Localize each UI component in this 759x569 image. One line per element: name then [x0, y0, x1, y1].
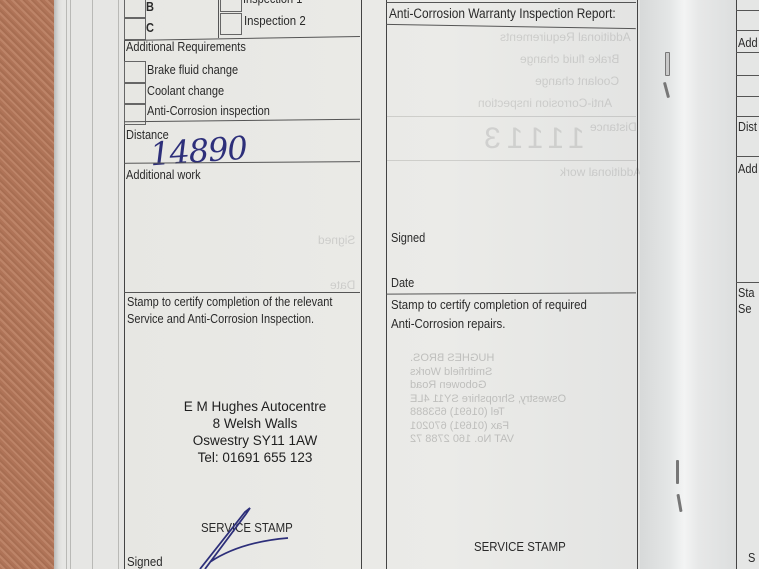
- bleed-line-3: Coolant change: [535, 74, 619, 88]
- checkbox-b[interactable]: [124, 0, 146, 18]
- coolant-label: Coolant change: [147, 84, 224, 98]
- garage-street: 8 Welsh Walls: [150, 415, 360, 432]
- checkbox-inspection-2[interactable]: [220, 13, 242, 35]
- additional-work-label: Additional work: [126, 168, 201, 182]
- bleed-through-stamp: HUGHES BROS. Smithfield Works Gobowen Ro…: [410, 352, 632, 447]
- inspection-1-label: Inspection 1: [243, 0, 302, 6]
- right-signed-label: Signed: [391, 231, 425, 245]
- garage-phone: Tel: 01691 655 123: [150, 449, 360, 466]
- bleed-line-5: Distance: [590, 120, 637, 134]
- staple-icon: [665, 52, 670, 76]
- book-gutter: [640, 0, 738, 569]
- adjacent-fragment-add-work: Add: [738, 162, 758, 176]
- anti-corrosion-label: Anti-Corrosion inspection: [147, 104, 270, 118]
- inspection-2-label: Inspection 2: [244, 13, 306, 28]
- garage-town: Oswestry SY11 1AW: [150, 432, 360, 449]
- brake-fluid-label: Brake fluid change: [147, 63, 238, 77]
- bleed-line-1: Additional Requirements: [500, 30, 631, 44]
- row-c-label: C: [146, 21, 154, 35]
- bleed-line-6: Additional work: [560, 165, 641, 179]
- additional-requirements-title: Additional Requirements: [126, 40, 246, 54]
- bleed-line-2: Brake fluid change: [520, 52, 619, 66]
- bleed-signed: Signed: [318, 233, 355, 247]
- checkbox-coolant[interactable]: [124, 83, 146, 105]
- right-stamp-caption-1: Stamp to certify completion of required: [391, 297, 587, 312]
- garage-name: E M Hughes Autocentre: [150, 398, 360, 415]
- right-service-stamp-label: SERVICE STAMP: [474, 539, 566, 554]
- left-stamp-caption-1: Stamp to certify completion of the relev…: [127, 295, 332, 309]
- left-stamp-caption-2: Service and Anti-Corrosion Inspection.: [127, 312, 314, 326]
- adjacent-fragment-se: Se: [738, 302, 751, 316]
- page-stack-edges: [54, 0, 126, 569]
- adjacent-fragment-s: S: [748, 551, 755, 565]
- checkbox-brake-fluid[interactable]: [124, 61, 146, 83]
- bleed-line-4: Anti-Corrosion inspection: [478, 96, 612, 110]
- checkbox-c[interactable]: [124, 18, 146, 40]
- desk-surface: [0, 0, 56, 569]
- checkbox-inspection-1[interactable]: [220, 0, 242, 12]
- staple-icon: [676, 460, 679, 484]
- signature: [150, 500, 290, 569]
- right-stamp-caption-2: Anti-Corrosion repairs.: [391, 316, 505, 331]
- adjacent-page: Add Dist Add Sta Se S: [736, 0, 759, 569]
- right-date-label: Date: [391, 276, 414, 290]
- anti-corrosion-report-title: Anti-Corrosion Warranty Inspection Repor…: [389, 6, 616, 21]
- bleed-date: Date: [330, 278, 355, 292]
- adjacent-fragment-add: Add: [738, 36, 758, 50]
- garage-stamp: E M Hughes Autocentre 8 Welsh Walls Oswe…: [150, 398, 360, 466]
- adjacent-fragment-sta: Sta: [738, 286, 755, 300]
- bleed-handwritten: 11113: [478, 122, 585, 156]
- distance-value[interactable]: 14890: [149, 129, 248, 174]
- adjacent-fragment-dist: Dist: [738, 120, 757, 134]
- row-b-label: B: [146, 0, 154, 14]
